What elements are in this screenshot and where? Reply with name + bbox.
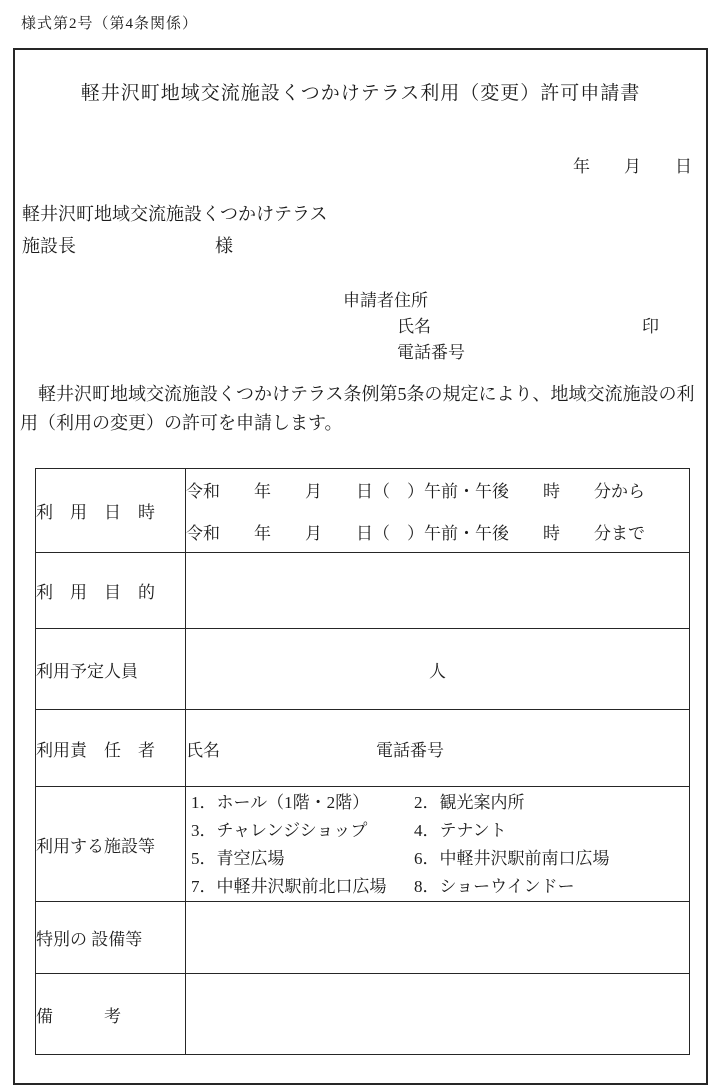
row-label-use-datetime: 利 用 日 時 [36,469,186,553]
row-label-expected-attendance: 利用予定人員 [36,629,186,710]
declaration-paragraph: 軽井沢町地域交流施設くつかけテラス条例第5条の規定により、地域交流施設の利用（利… [20,380,706,438]
responsible-phone-label: 電話番号 [376,741,444,760]
facility-option-2: 2．観光案内所 [414,789,689,817]
row-facilities-used: 利用する施設等 1．ホール（1階・2階） 2．観光案内所 3．チャレンジショップ… [36,787,690,902]
cell-special-equipment [186,902,690,974]
form-number: 様式第2号（第4条関係） [21,12,198,33]
row-label-responsible-person: 利用責 任 者 [36,710,186,787]
applicant-block: 申請者住所 氏名印 電話番号 [343,288,659,366]
row-use-purpose: 利 用 目 的 [36,553,690,629]
cell-expected-attendance: 人 [186,629,690,710]
responsible-name-label: 氏名 [186,741,220,760]
cell-responsible-person: 氏名電話番号 [186,710,690,787]
facility-option-4: 4．テナント [414,817,689,845]
row-label-use-purpose: 利 用 目 的 [36,553,186,629]
form-document: { "form": { "form_number": "様式第2号（第4条関係）… [0,0,716,1092]
cell-use-datetime: 令和 年 月 日（ ）午前・午後 時 分から 令和 年 月 日（ ）午前・午後 … [186,469,690,553]
application-table: 利 用 日 時 令和 年 月 日（ ）午前・午後 時 分から 令和 年 月 日（… [35,468,690,1055]
facility-option-5: 5．青空広場 [191,845,414,873]
page-title: 軽井沢町地域交流施設くつかけテラス利用（変更）許可申請書 [15,78,706,105]
applicant-phone-line: 電話番号 [343,340,659,366]
row-label-special-equipment: 特別の 設備等 [36,902,186,974]
row-label-facilities-used: 利用する施設等 [36,787,186,902]
row-remarks: 備 考 [36,974,690,1055]
facility-option-3: 3．チャレンジショップ [191,817,414,845]
facility-options-list: 1．ホール（1階・2階） 2．観光案内所 3．チャレンジショップ 4．テナント … [186,787,689,901]
facility-option-8: 8．ショーウインドー [414,873,689,901]
applicant-seal-label: 印 [642,314,659,340]
cell-remarks [186,974,690,1055]
addressee-block: 軽井沢町地域交流施設くつかけテラス 施設長様 [22,198,327,262]
use-datetime-to: 令和 年 月 日（ ）午前・午後 時 分まで [186,519,689,544]
cell-use-purpose [186,553,690,629]
row-special-equipment: 特別の 設備等 [36,902,690,974]
applicant-name-label: 氏名 [397,314,431,340]
facility-option-1: 1．ホール（1階・2階） [191,789,414,817]
cell-facilities-used: 1．ホール（1階・2階） 2．観光案内所 3．チャレンジショップ 4．テナント … [186,787,690,902]
row-responsible-person: 利用責 任 者 氏名電話番号 [36,710,690,787]
row-label-remarks: 備 考 [36,974,186,1055]
applicant-address-label: 申請者住所 [343,288,659,314]
facility-option-7: 7．中軽井沢駅前北口広場 [191,873,414,901]
use-datetime-from: 令和 年 月 日（ ）午前・午後 時 分から [186,477,689,502]
applicant-name-line: 氏名印 [343,314,659,340]
facility-option-6: 6．中軽井沢駅前南口広場 [414,845,689,873]
row-use-datetime: 利 用 日 時 令和 年 月 日（ ）午前・午後 時 分から 令和 年 月 日（… [36,469,690,553]
addressee-title-line: 施設長様 [22,230,327,262]
addressee-facility-name: 軽井沢町地域交流施設くつかけテラス [22,198,327,230]
addressee-title: 施設長 [22,236,76,256]
row-expected-attendance: 利用予定人員 人 [36,629,690,710]
date-field: 年 月 日 [573,152,692,177]
form-border-box: 軽井沢町地域交流施設くつかけテラス利用（変更）許可申請書 年 月 日 軽井沢町地… [13,48,708,1085]
addressee-honorific: 様 [215,236,233,256]
applicant-phone-label: 電話番号 [397,340,465,366]
